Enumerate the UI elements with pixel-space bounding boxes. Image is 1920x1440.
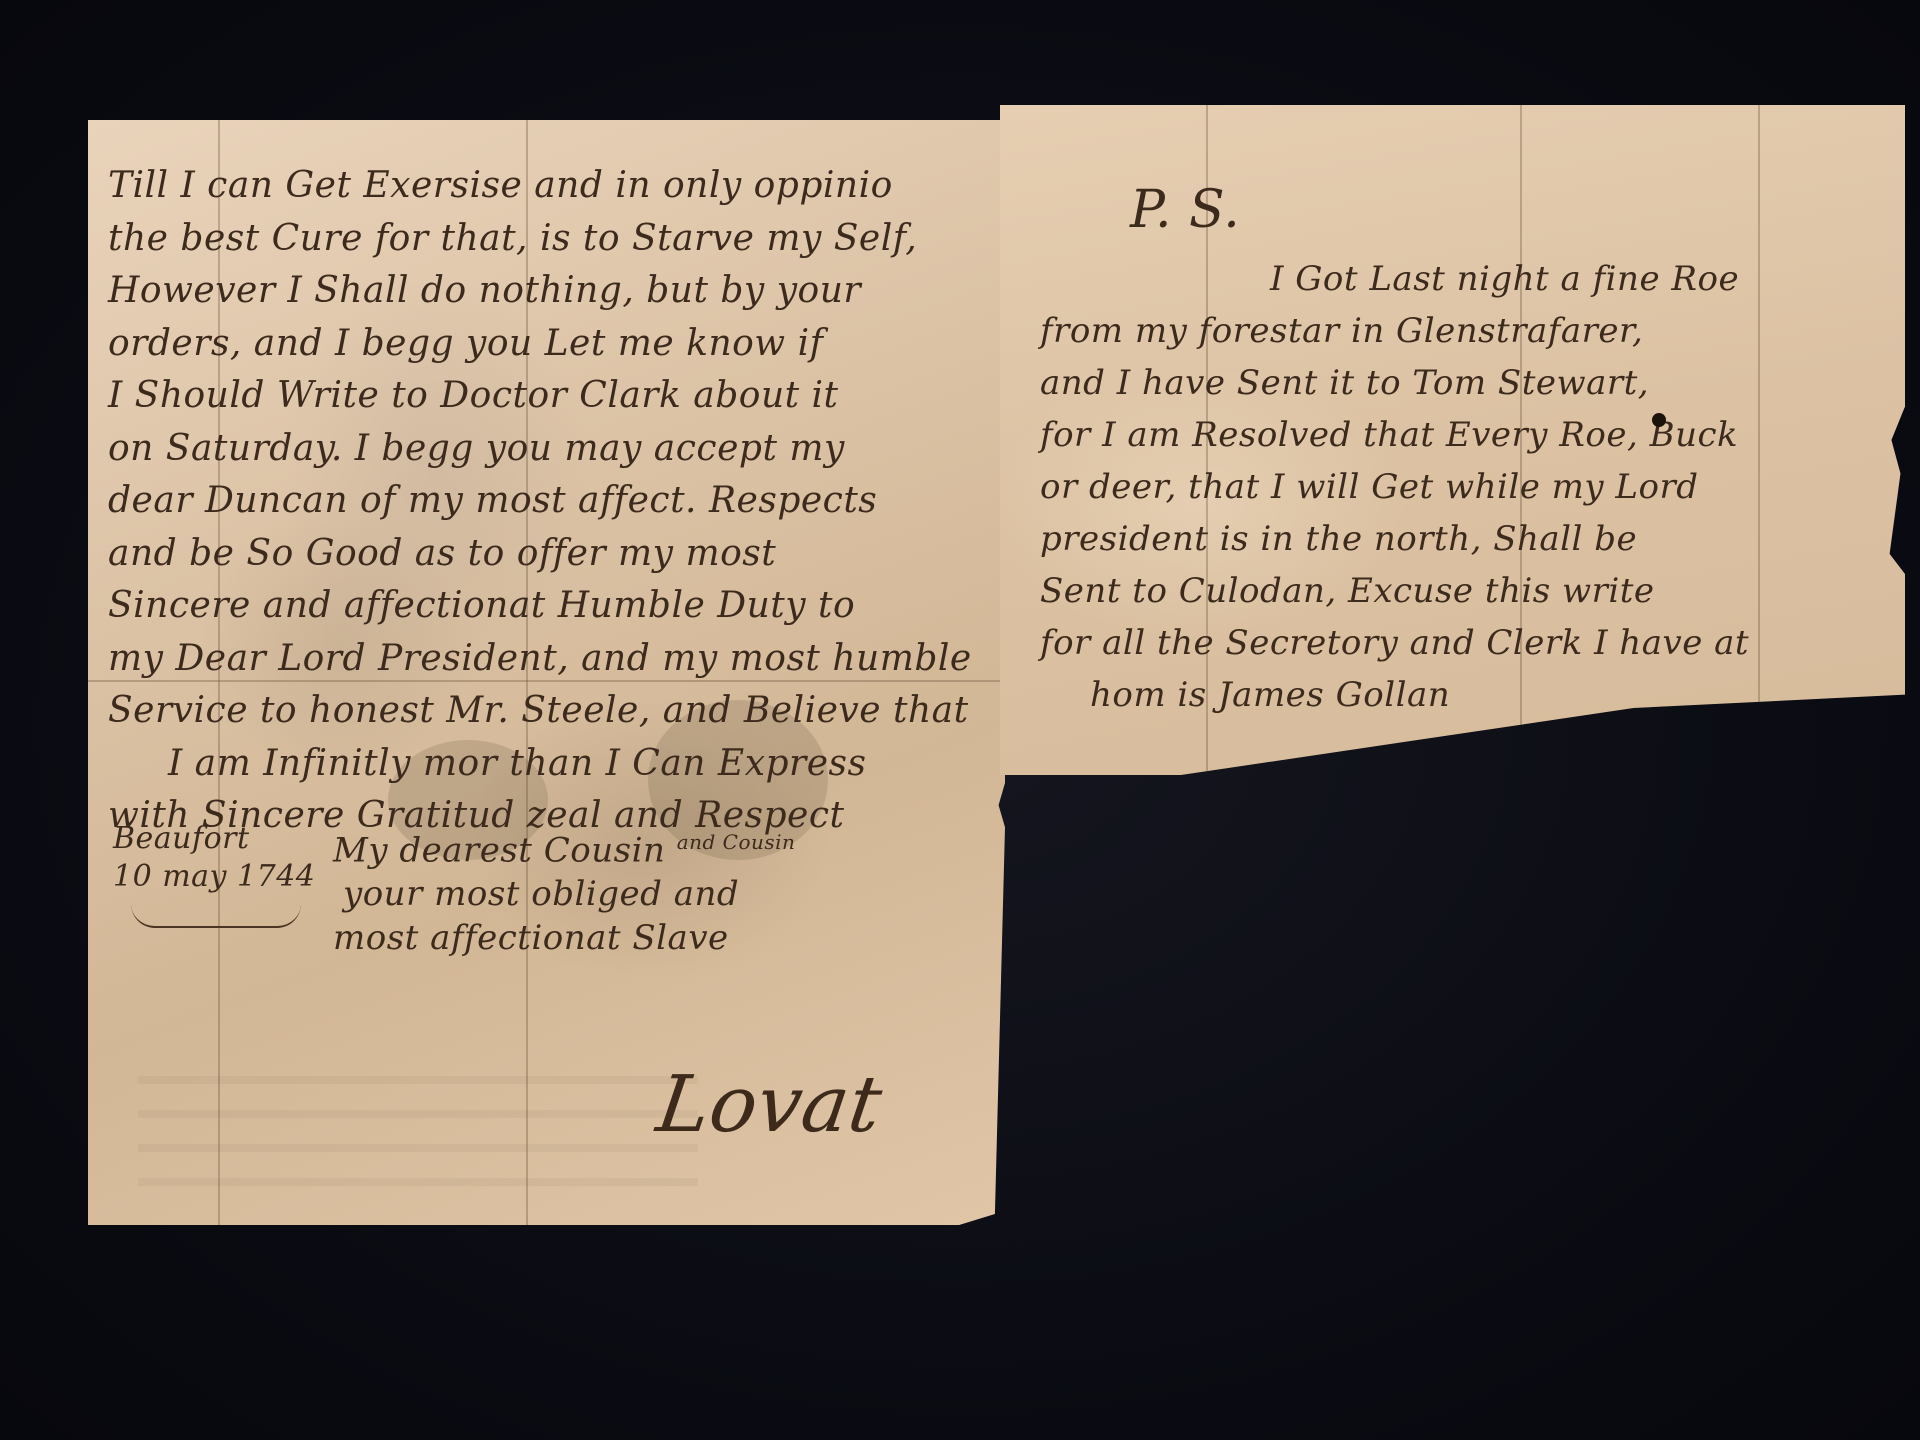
letter-main-sheet: Till I can Get Exersise and in only oppi… (88, 120, 1005, 1225)
postscript-line: hom is James Gollan (1040, 669, 1749, 721)
body-line: However I Shall do nothing, but by your (108, 265, 972, 318)
postscript-line: Sent to Culodan, Excuse this write (1040, 565, 1749, 617)
postscript-heading: P. S. (1130, 180, 1240, 240)
postscript-line: for I am Resolved that Every Roe, Buck (1040, 409, 1749, 461)
body-line: Till I can Get Exersise and in only oppi… (108, 160, 972, 213)
postscript-line: I Got Last night a fine Roe (1040, 253, 1749, 305)
ink-blot (1652, 413, 1666, 427)
body-line: my Dear Lord President, and my most humb… (108, 633, 972, 686)
letter-body: Till I can Get Exersise and in only oppi… (108, 160, 972, 843)
body-line: orders, and I begg you Let me know if (108, 318, 972, 371)
body-line: dear Duncan of my most affect. Respects (108, 475, 972, 528)
postscript-line: and I have Sent it to Tom Stewart, (1040, 357, 1749, 409)
bleed-through-writing (138, 1050, 698, 1190)
body-line: Service to honest Mr. Steele, and Believ… (108, 685, 972, 738)
body-line: I am Infinitly mor than I Can Express (108, 738, 972, 791)
salutation-superscript: and Cousin (677, 830, 796, 854)
postscript-line: for all the Secretory and Clerk I have a… (1040, 617, 1749, 669)
fold-line (1758, 105, 1760, 775)
salutation: My dearest Cousin and Cousin your most o… (333, 820, 795, 960)
postscript-line: president is in the north, Shall be (1040, 513, 1749, 565)
signature: Lovat (652, 1060, 888, 1150)
body-line: on Saturday. I begg you may accept my (108, 423, 972, 476)
place: Beaufort (113, 820, 315, 858)
postscript-line: or deer, that I will Get while my Lord (1040, 461, 1749, 513)
letter-closing: Beaufort 10 may 1744 My dearest Cousin a… (113, 820, 315, 896)
salutation-line: most affectionat Slave (333, 916, 795, 960)
postscript-sheet: P. S. I Got Last night a fine Roe from m… (1000, 105, 1905, 775)
place-date: Beaufort 10 may 1744 (113, 820, 315, 896)
salutation-line: your most obliged and (333, 872, 795, 916)
postscript-body: I Got Last night a fine Roe from my fore… (1040, 253, 1749, 721)
body-line: and be So Good as to offer my most (108, 528, 972, 581)
body-line: the best Cure for that, is to Starve my … (108, 213, 972, 266)
body-line: Sincere and affectionat Humble Duty to (108, 580, 972, 633)
date: 10 may 1744 (113, 858, 315, 896)
salutation-line: My dearest Cousin (333, 830, 665, 870)
body-line: I Should Write to Doctor Clark about it (108, 370, 972, 423)
date-underline-flourish (131, 904, 301, 928)
postscript-line: from my forestar in Glenstrafarer, (1040, 305, 1749, 357)
